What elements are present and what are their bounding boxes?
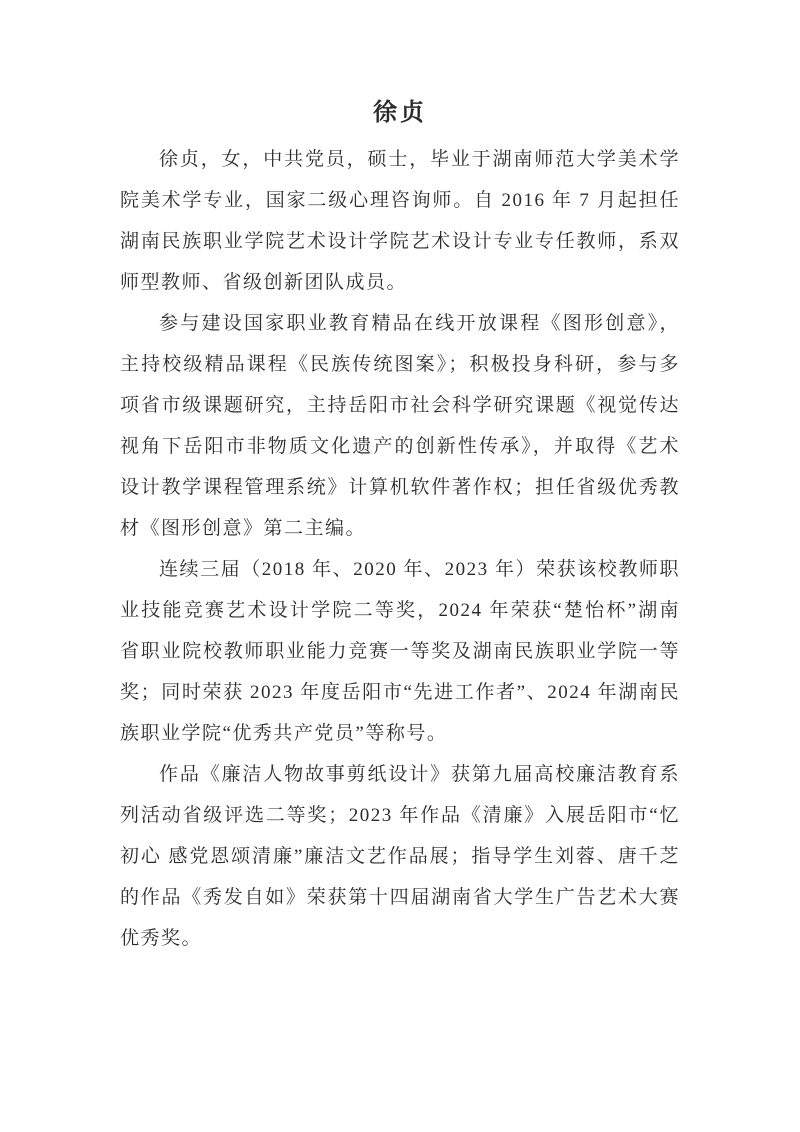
paragraph-teaching-research: 参与建设国家职业教育精品在线开放课程《图形创意》，主持校级精品课程《民族传统图案… [120, 303, 680, 549]
paragraph-intro: 徐贞，女，中共党员，硕士，毕业于湖南师范大学美术学院美术学专业，国家二级心理咨询… [120, 139, 680, 303]
document-page: 徐贞 徐贞，女，中共党员，硕士，毕业于湖南师范大学美术学院美术学专业，国家二级心… [0, 0, 800, 1132]
paragraph-awards: 连续三届（2018 年、2020 年、2023 年）荣获该校教师职业技能竞赛艺术… [120, 549, 680, 754]
document-title: 徐贞 [120, 96, 680, 130]
paragraph-works: 作品《廉洁人物故事剪纸设计》获第九届高校廉洁教育系列活动省级评选二等奖；2023… [120, 754, 680, 959]
